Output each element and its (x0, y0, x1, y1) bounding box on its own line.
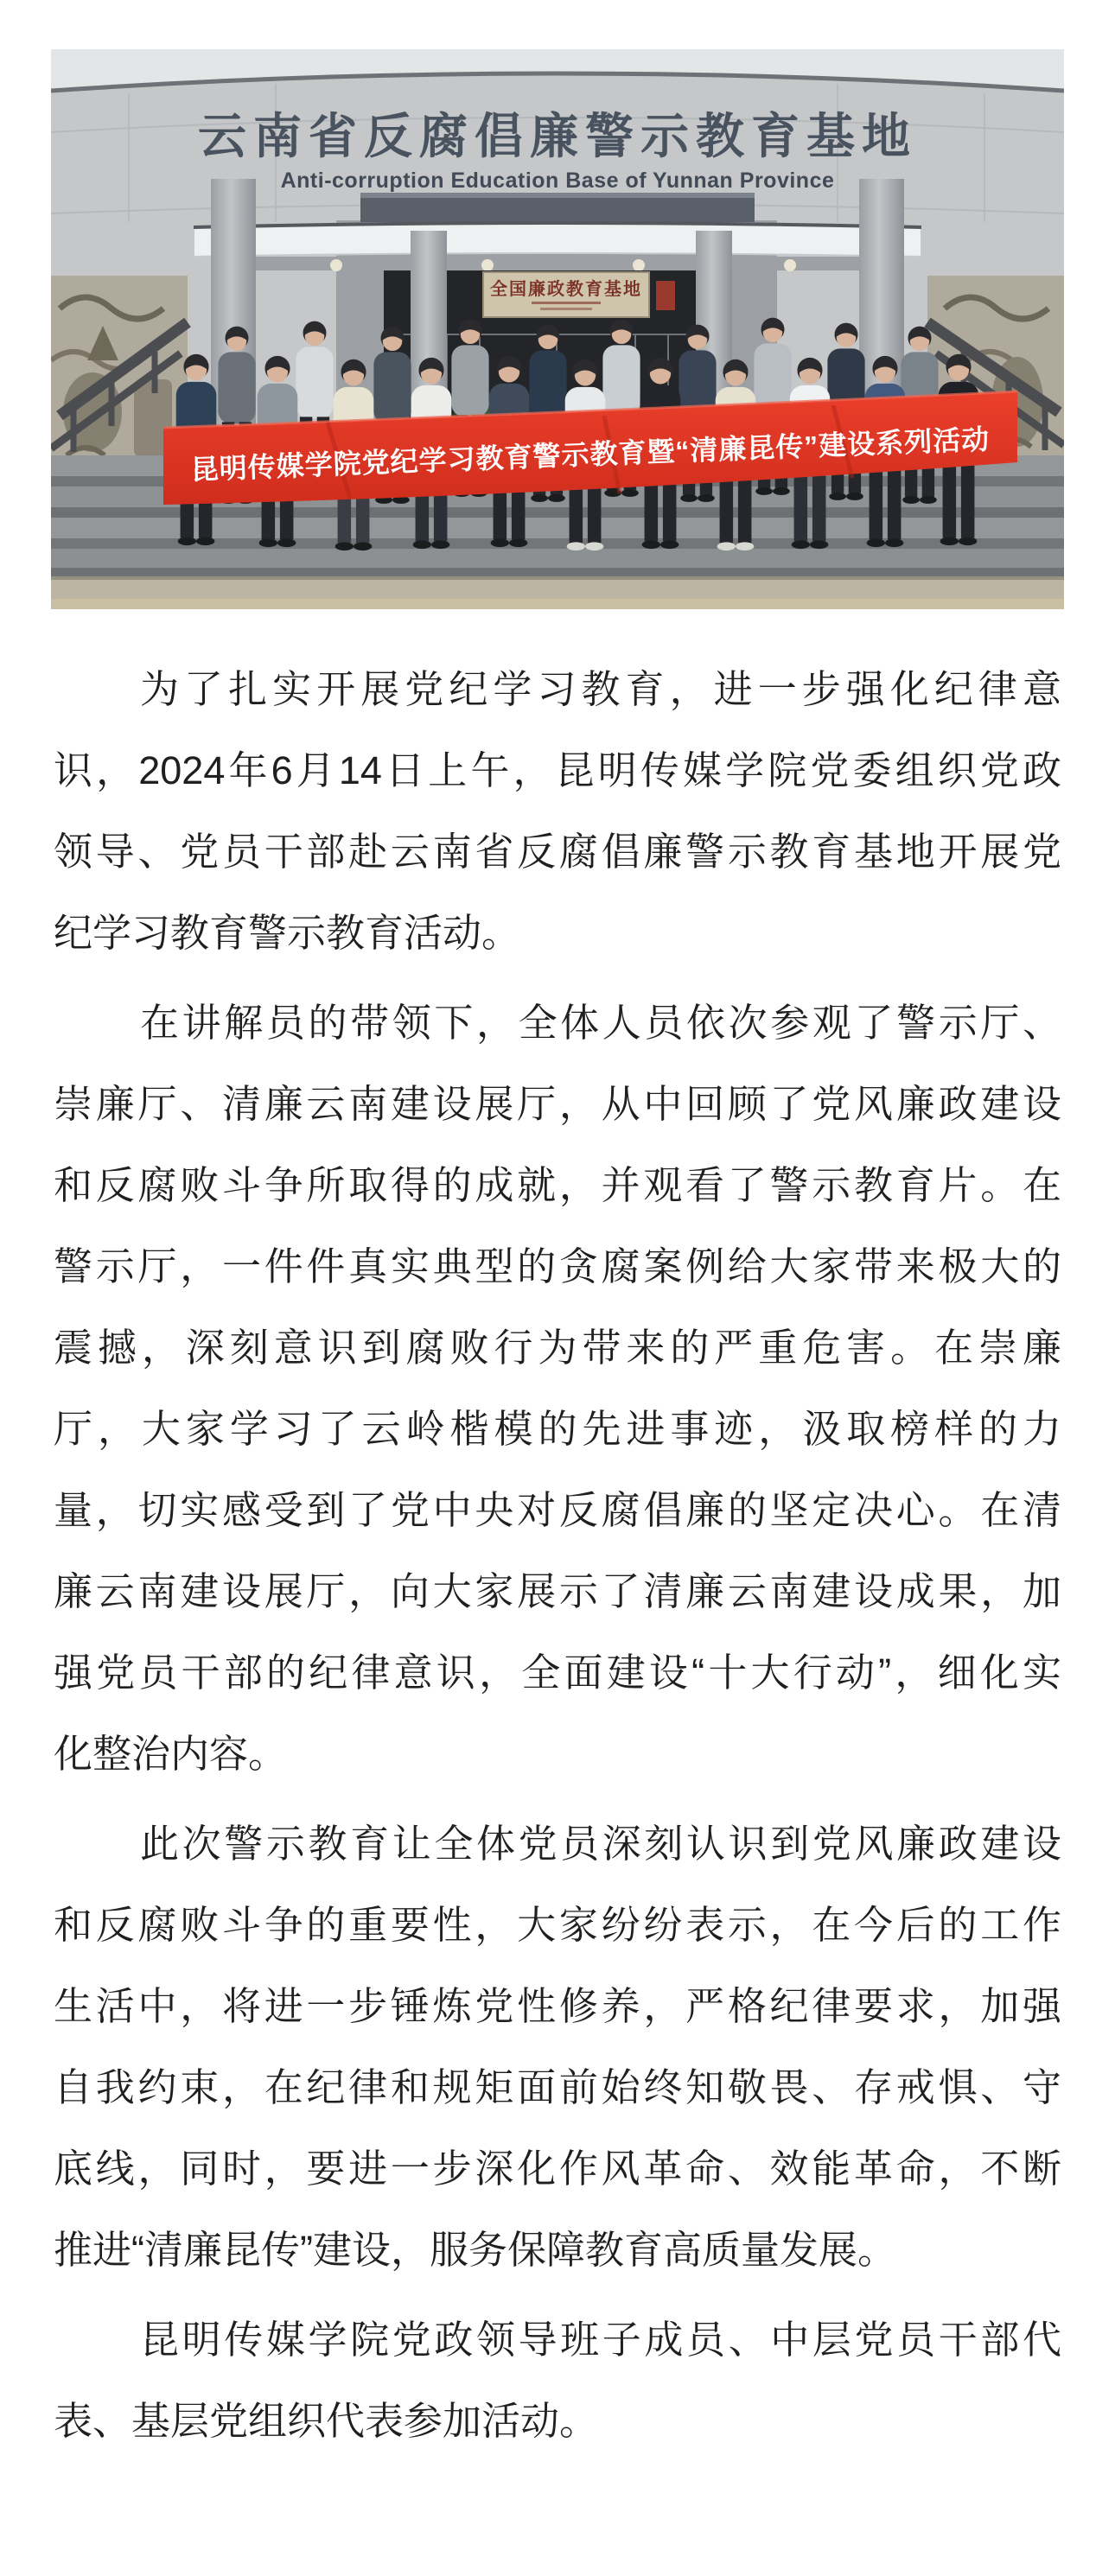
article-line: 和反腐败斗争所取得的成就，并观看了警示教育片。在 (54, 1145, 1061, 1226)
article-line: 识，2024年6月14日上午，昆明传媒学院党委组织党政 (54, 730, 1061, 811)
page: { "photo": { "building_sign_cn": "云南省反腐倡… (0, 0, 1115, 2576)
article-line: 化整治内容。 (54, 1714, 1061, 1795)
article-line: 在讲解员的带领下，全体人员依次参观了警示厅、 (54, 983, 1061, 1064)
article-line: 表、基层党组织代表参加活动。 (54, 2381, 1061, 2462)
paragraph: 在讲解员的带领下，全体人员依次参观了警示厅、崇廉厅、清廉云南建设展厅，从中回顾了… (54, 983, 1061, 1795)
paragraph: 为了扎实开展党纪学习教育，进一步强化纪律意识，2024年6月14日上午，昆明传媒… (54, 649, 1061, 974)
article-line: 此次警示教育让全体党员深刻认识到党风廉政建设 (54, 1803, 1061, 1885)
article-line: 昆明传媒学院党政领导班子成员、中层党员干部代 (54, 2299, 1061, 2381)
article-line: 生活中，将进一步锤炼党性修养，严格纪律要求，加强 (54, 1966, 1061, 2047)
article-line: 自我约束，在纪律和规矩面前始终知敬畏、存戒惧、守 (54, 2047, 1061, 2128)
svg-text:全国廉政教育基地: 全国廉政教育基地 (490, 278, 642, 299)
article-line: 和反腐败斗争的重要性，大家纷纷表示，在今后的工作 (54, 1885, 1061, 1966)
article-line: 震撼，深刻意识到腐败行为带来的严重危害。在崇廉 (54, 1307, 1061, 1389)
article-line: 廉云南建设展厅，向大家展示了清廉云南建设成果，加 (54, 1551, 1061, 1632)
paragraph: 昆明传媒学院党政领导班子成员、中层党员干部代表、基层党组织代表参加活动。 (54, 2299, 1061, 2462)
article-line: 量，切实感受到了党中央对反腐倡廉的坚定决心。在清 (54, 1470, 1061, 1551)
article-line: 警示厅，一件件真实典型的贪腐案例给大家带来极大的 (54, 1226, 1061, 1307)
article-line: 领导、党员干部赴云南省反腐倡廉警示教育基地开展党 (54, 811, 1061, 893)
article-line: 崇廉厅、清廉云南建设展厅，从中回顾了党风廉政建设 (54, 1064, 1061, 1145)
door-poster (656, 281, 675, 310)
paragraph: 此次警示教育让全体党员深刻认识到党风廉政建设和反腐败斗争的重要性，大家纷纷表示，… (54, 1803, 1061, 2291)
article-line: 推进“清廉昆传”建设，服务保障教育高质量发展。 (54, 2210, 1061, 2291)
photo-illustration: 云南省反腐倡廉警示教育基地 Anti-corruption Education … (51, 49, 1064, 609)
building-sign-cn: 云南省反腐倡廉警示教育基地 (198, 109, 917, 163)
article-line: 强党员干部的纪律意识，全面建设“十大行动”，细化实 (54, 1632, 1061, 1714)
article-line: 为了扎实开展党纪学习教育，进一步强化纪律意 (54, 649, 1061, 730)
article-line: 厅，大家学习了云岭楷模的先进事迹，汲取榜样的力 (54, 1389, 1061, 1470)
article-line: 底线，同时，要进一步深化作风革命、效能革命，不断 (54, 2128, 1061, 2210)
event-photo: 云南省反腐倡廉警示教育基地 Anti-corruption Education … (51, 49, 1064, 609)
building-sign-en: Anti-corruption Education Base of Yunnan… (281, 169, 835, 193)
canopy (194, 223, 921, 257)
article-line: 纪学习教育警示教育活动。 (54, 893, 1061, 974)
article-body: 为了扎实开展党纪学习教育，进一步强化纪律意识，2024年6月14日上午，昆明传媒… (54, 649, 1061, 2462)
door-plaque: 全国廉政教育基地 (483, 272, 649, 317)
